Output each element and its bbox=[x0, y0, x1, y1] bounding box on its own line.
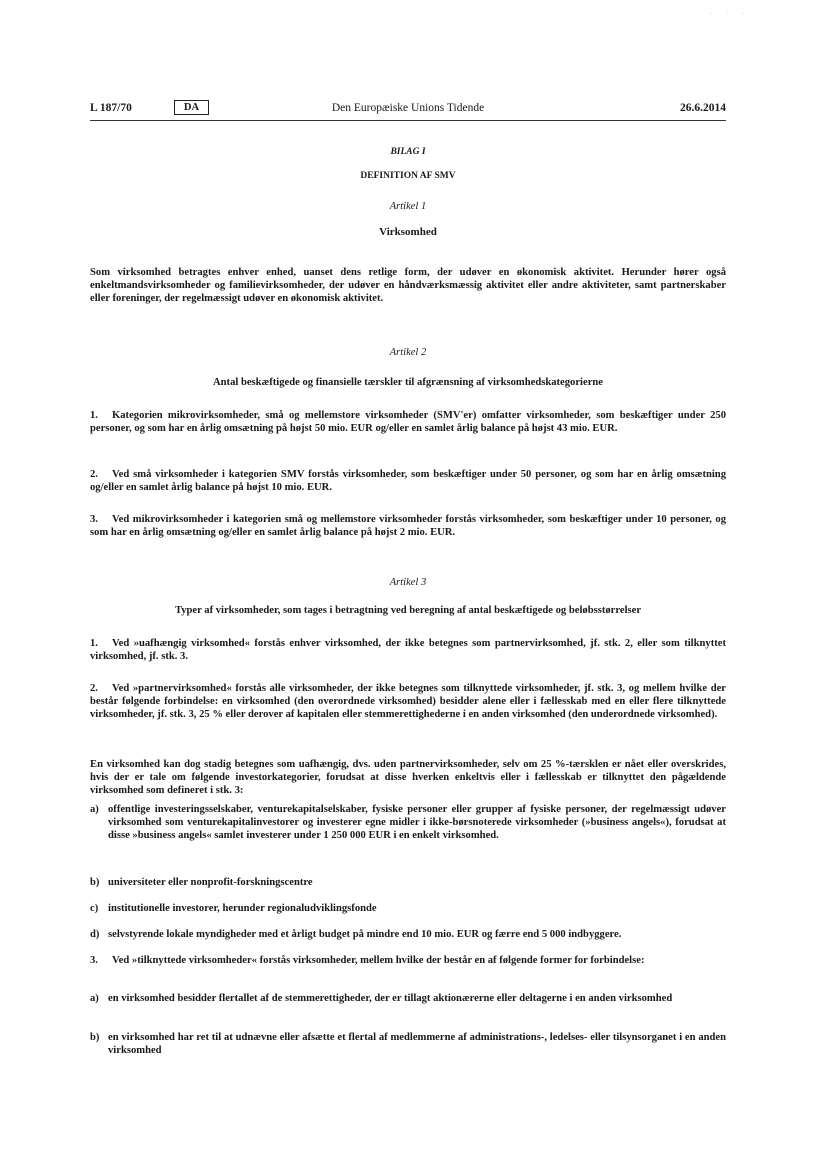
para-number: 2. bbox=[90, 468, 112, 481]
item-text: institutionelle investorer, herunder reg… bbox=[108, 902, 726, 915]
article-2-label: Artikel 2 bbox=[90, 347, 726, 358]
article-3-title: Typer af virksomheder, som tages i betra… bbox=[90, 605, 726, 616]
article-2-para-2: 2.Ved små virksomheder i kategorien SMV … bbox=[90, 468, 726, 494]
item-text: offentlige investeringsselskaber, ventur… bbox=[108, 803, 726, 843]
para-number: 3. bbox=[90, 954, 112, 967]
item-label: b) bbox=[90, 1031, 99, 1044]
para-text: Ved »partnervirksomhed« forstås alle vir… bbox=[90, 683, 726, 720]
para-text: Ved mikrovirksomheder i kategorien små o… bbox=[90, 514, 726, 538]
para-number: 3. bbox=[90, 513, 112, 526]
article-3-label: Artikel 3 bbox=[90, 577, 726, 588]
article-3-para-3: 3.Ved »tilknyttede virksomheder« forstås… bbox=[90, 954, 726, 967]
annex-label: BILAG I bbox=[90, 147, 726, 157]
investor-item-c: c) institutionelle investorer, herunder … bbox=[90, 902, 726, 915]
investor-item-a: a) offentlige investeringsselskaber, ven… bbox=[90, 803, 726, 843]
item-label: a) bbox=[90, 803, 99, 816]
journal-title: Den Europæiske Unions Tidende bbox=[90, 102, 726, 114]
link-item-a: a) en virksomhed besidder flertallet af … bbox=[90, 992, 726, 1005]
item-label: a) bbox=[90, 992, 99, 1005]
item-label: b) bbox=[90, 876, 99, 889]
investor-item-b: b) universiteter eller nonprofit-forskni… bbox=[90, 876, 726, 889]
page-header: L 187/70 DA Den Europæiske Unions Tidend… bbox=[90, 98, 726, 121]
investor-item-d: d) selvstyrende lokale myndigheder med e… bbox=[90, 928, 726, 941]
scan-specks: · ˙ · bbox=[710, 10, 751, 18]
article-1-title: Virksomhed bbox=[90, 226, 726, 238]
article-2-para-1: 1.Kategorien mikrovirksomheder, små og m… bbox=[90, 409, 726, 435]
item-label: c) bbox=[90, 902, 98, 915]
para-text: Ved »tilknyttede virksomheder« forstås v… bbox=[112, 955, 644, 966]
document-page: · ˙ · L 187/70 DA Den Europæiske Unions … bbox=[0, 0, 826, 1168]
item-label: d) bbox=[90, 928, 99, 941]
article-2-title: Antal beskæftigede og finansielle tærskl… bbox=[90, 377, 726, 388]
para-number: 1. bbox=[90, 637, 112, 650]
article-3-para-2: 2.Ved »partnervirksomhed« forstås alle v… bbox=[90, 682, 726, 722]
para-text: Kategorien mikrovirksomheder, små og mel… bbox=[90, 410, 726, 434]
item-text: en virksomhed har ret til at udnævne ell… bbox=[108, 1031, 726, 1057]
article-2-para-3: 3.Ved mikrovirksomheder i kategorien små… bbox=[90, 513, 726, 539]
para-number: 2. bbox=[90, 682, 112, 695]
item-text: en virksomhed besidder flertallet af de … bbox=[108, 992, 726, 1005]
article-1-paragraph: Som virksomhed betragtes enhver enhed, u… bbox=[90, 266, 726, 306]
article-1-label: Artikel 1 bbox=[90, 201, 726, 212]
para-number: 1. bbox=[90, 409, 112, 422]
item-text: universiteter eller nonprofit-forsknings… bbox=[108, 876, 726, 889]
article-3-para-2-subtext: En virksomhed kan dog stadig betegnes so… bbox=[90, 758, 726, 798]
link-item-b: b) en virksomhed har ret til at udnævne … bbox=[90, 1031, 726, 1057]
publication-date: 26.6.2014 bbox=[680, 102, 726, 114]
item-text: selvstyrende lokale myndigheder med et å… bbox=[108, 928, 726, 941]
article-3-para-1: 1.Ved »uafhængig virksomhed« forstås enh… bbox=[90, 637, 726, 663]
annex-title: DEFINITION AF SMV bbox=[90, 171, 726, 181]
para-text: Ved »uafhængig virksomhed« forstås enhve… bbox=[90, 638, 726, 662]
para-text: Ved små virksomheder i kategorien SMV fo… bbox=[90, 469, 726, 493]
